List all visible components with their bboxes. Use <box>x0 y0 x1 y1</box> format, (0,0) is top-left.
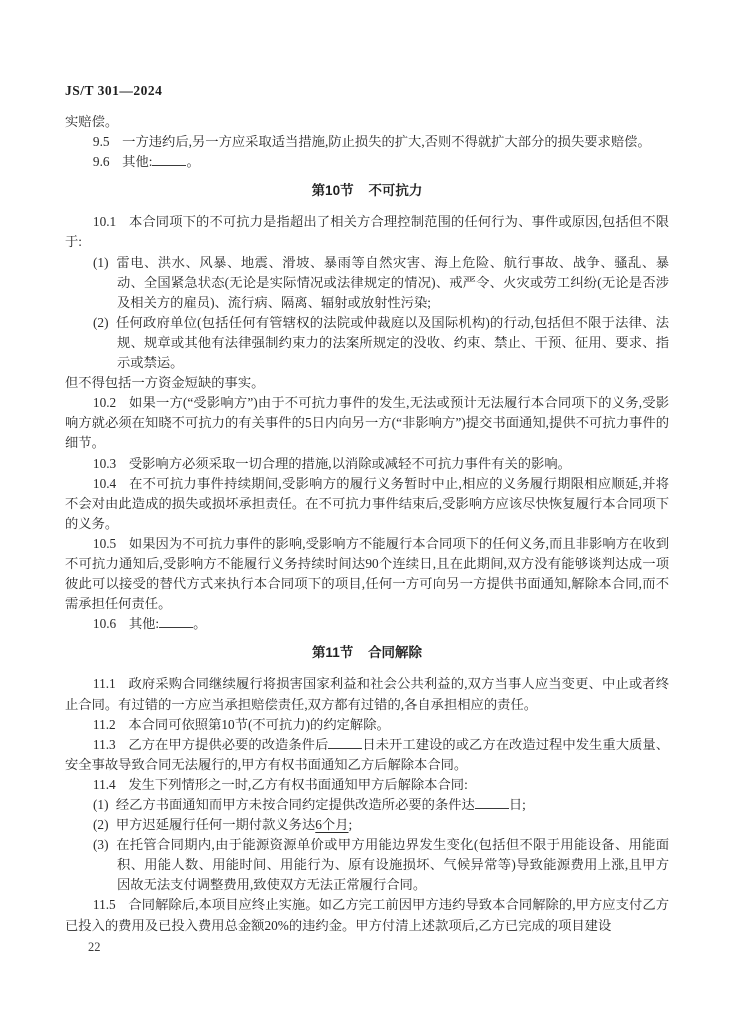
list-marker: (2) <box>93 315 109 330</box>
page-number: 22 <box>88 940 101 955</box>
fill-in-blank-line <box>152 163 186 166</box>
clause-number: 11.4 <box>93 777 116 792</box>
paragraph-continuation: 实赔偿。 <box>65 112 669 132</box>
clause-number: 11.2 <box>93 717 116 732</box>
fill-in-blank-line <box>328 746 362 749</box>
clause-11-2: 11.2本合同可依照第10节(不可抗力)的约定解除。 <box>65 715 669 735</box>
list-item-text: 在托管合同期内,由于能源资源单价或甲方用能边界发生变化(包括但不限于用能设备、用… <box>116 837 669 892</box>
clause-number: 9.6 <box>93 154 110 169</box>
clause-10-5: 10.5如果因为不可抗力事件的影响,受影响方不能履行本合同项下的任何义务,而且非… <box>65 534 669 614</box>
section-title: 合同解除 <box>368 645 422 660</box>
clause-text: 受影响方必须采取一切合理的措施,以消除或减轻不可抗力事件有关的影响。 <box>129 456 571 471</box>
clause-10-1-note: 但不得包括一方资金短缺的事实。 <box>65 373 669 393</box>
clause-number: 10.1 <box>93 214 116 229</box>
list-item-text: 雷电、洪水、风暴、地震、滑坡、暴雨等自然灾害、海上危险、航行事故、战争、骚乱、暴… <box>116 255 669 310</box>
list-item-10-1-2: (2)任何政府单位(包括任何有管辖权的法院或仲裁庭以及国际机构)的行动,包括但不… <box>65 313 669 373</box>
list-item-11-4-1: (1)经乙方书面通知而甲方未按合同约定提供改造所必要的条件达日; <box>65 795 669 815</box>
clause-text: 。 <box>186 154 199 169</box>
list-item-11-4-2: (2)甲方迟延履行任何一期付款义务达6个月; <box>65 815 669 835</box>
clause-11-5: 11.5合同解除后,本项目应终止实施。如乙方完工前因甲方违约导致本合同解除的,甲… <box>65 895 669 935</box>
list-marker: (1) <box>93 797 109 812</box>
section-11-heading: 第11节合同解除 <box>65 643 669 663</box>
clause-9-6: 9.6其他:。 <box>65 152 669 172</box>
clause-number: 11.1 <box>93 676 116 691</box>
clause-text: 乙方在甲方提供必要的改造条件后 <box>128 737 328 752</box>
list-item-text: ; <box>349 817 353 832</box>
clause-number: 10.2 <box>93 395 116 410</box>
document-body: 实赔偿。 9.5一方违约后,另一方应采取适当措施,防止损失的扩大,否则不得就扩大… <box>65 112 669 936</box>
clause-text: 合同解除后,本项目应终止实施。如乙方完工前因甲方违约导致本合同解除的,甲方应支付… <box>65 897 669 932</box>
fill-in-blank-line <box>475 806 509 809</box>
clause-10-4: 10.4在不可抗力事件持续期间,受影响方的履行义务暂时中止,相应的义务履行期限相… <box>65 474 669 534</box>
clause-10-2: 10.2如果一方(“受影响方”)由于不可抗力事件的发生,无法或预计无法履行本合同… <box>65 393 669 453</box>
clause-text: 一方违约后,另一方应采取适当措施,防止损失的扩大,否则不得就扩大部分的损失要求赔… <box>122 134 651 149</box>
clause-number: 10.6 <box>93 616 116 631</box>
clause-text: 发生下列情形之一时,乙方有权书面通知甲方后解除本合同: <box>128 777 467 792</box>
list-marker: (1) <box>93 255 109 270</box>
clause-10-1: 10.1本合同项下的不可抗力是指超出了相关方合理控制范围的任何行为、事件或原因,… <box>65 212 669 252</box>
section-title: 不可抗力 <box>368 183 422 198</box>
list-item-11-4-3: (3)在托管合同期内,由于能源资源单价或甲方用能边界发生变化(包括但不限于用能设… <box>65 835 669 895</box>
clause-text: 如果一方(“受影响方”)由于不可抗力事件的发生,无法或预计无法履行本合同项下的义… <box>65 395 669 450</box>
clause-text: 本合同项下的不可抗力是指超出了相关方合理控制范围的任何行为、事件或原因,包括但不… <box>65 214 669 249</box>
clause-text: 其他: <box>129 616 159 631</box>
clause-number: 10.5 <box>93 536 116 551</box>
clause-9-5: 9.5一方违约后,另一方应采取适当措施,防止损失的扩大,否则不得就扩大部分的损失… <box>65 132 669 152</box>
clause-11-4: 11.4发生下列情形之一时,乙方有权书面通知甲方后解除本合同: <box>65 775 669 795</box>
section-number: 第11节 <box>312 645 353 660</box>
list-marker: (2) <box>93 817 109 832</box>
clause-number: 11.3 <box>93 737 116 752</box>
list-item-text: 经乙方书面通知而甲方未按合同约定提供改造所必要的条件达 <box>116 797 475 812</box>
list-item-text: 日; <box>509 797 526 812</box>
standard-number-header: JS/T 301—2024 <box>65 83 162 99</box>
clause-11-1: 11.1政府采购合同继续履行将损害国家利益和社会公共利益的,双方当事人应当变更、… <box>65 674 669 714</box>
clause-text: 政府采购合同继续履行将损害国家利益和社会公共利益的,双方当事人应当变更、中止或者… <box>65 676 669 711</box>
clause-text: 如果因为不可抗力事件的影响,受影响方不能履行本合同项下的任何义务,而且非影响方在… <box>65 536 669 611</box>
clause-number: 11.5 <box>93 897 116 912</box>
clause-10-3: 10.3受影响方必须采取一切合理的措施,以消除或减轻不可抗力事件有关的影响。 <box>65 454 669 474</box>
clause-10-6: 10.6其他:。 <box>65 614 669 634</box>
clause-text: 在不可抗力事件持续期间,受影响方的履行义务暂时中止,相应的义务履行期限相应顺延,… <box>65 476 669 531</box>
clause-number: 10.3 <box>93 456 116 471</box>
clause-text: 本合同可依照第10节(不可抗力)的约定解除。 <box>128 717 390 732</box>
section-number: 第10节 <box>312 183 354 198</box>
clause-text: 。 <box>193 616 206 631</box>
document-page: JS/T 301—2024 实赔偿。 9.5一方违约后,另一方应采取适当措施,防… <box>0 0 730 1024</box>
clause-11-3: 11.3乙方在甲方提供必要的改造条件后日未开工建设的或乙方在改造过程中发生重大质… <box>65 735 669 775</box>
clause-number: 9.5 <box>93 134 110 149</box>
clause-number: 10.4 <box>93 476 116 491</box>
list-item-10-1-1: (1)雷电、洪水、风暴、地震、滑坡、暴雨等自然灾害、海上危险、航行事故、战争、骚… <box>65 253 669 313</box>
list-marker: (3) <box>93 837 109 852</box>
underlined-term: 6个月 <box>315 817 348 832</box>
section-10-heading: 第10节不可抗力 <box>65 181 669 201</box>
list-item-text: 甲方迟延履行任何一期付款义务达 <box>116 817 315 832</box>
clause-text: 其他: <box>122 154 152 169</box>
fill-in-blank-line <box>159 625 193 628</box>
list-item-text: 任何政府单位(包括任何有管辖权的法院或仲裁庭以及国际机构)的行动,包括但不限于法… <box>116 315 669 370</box>
